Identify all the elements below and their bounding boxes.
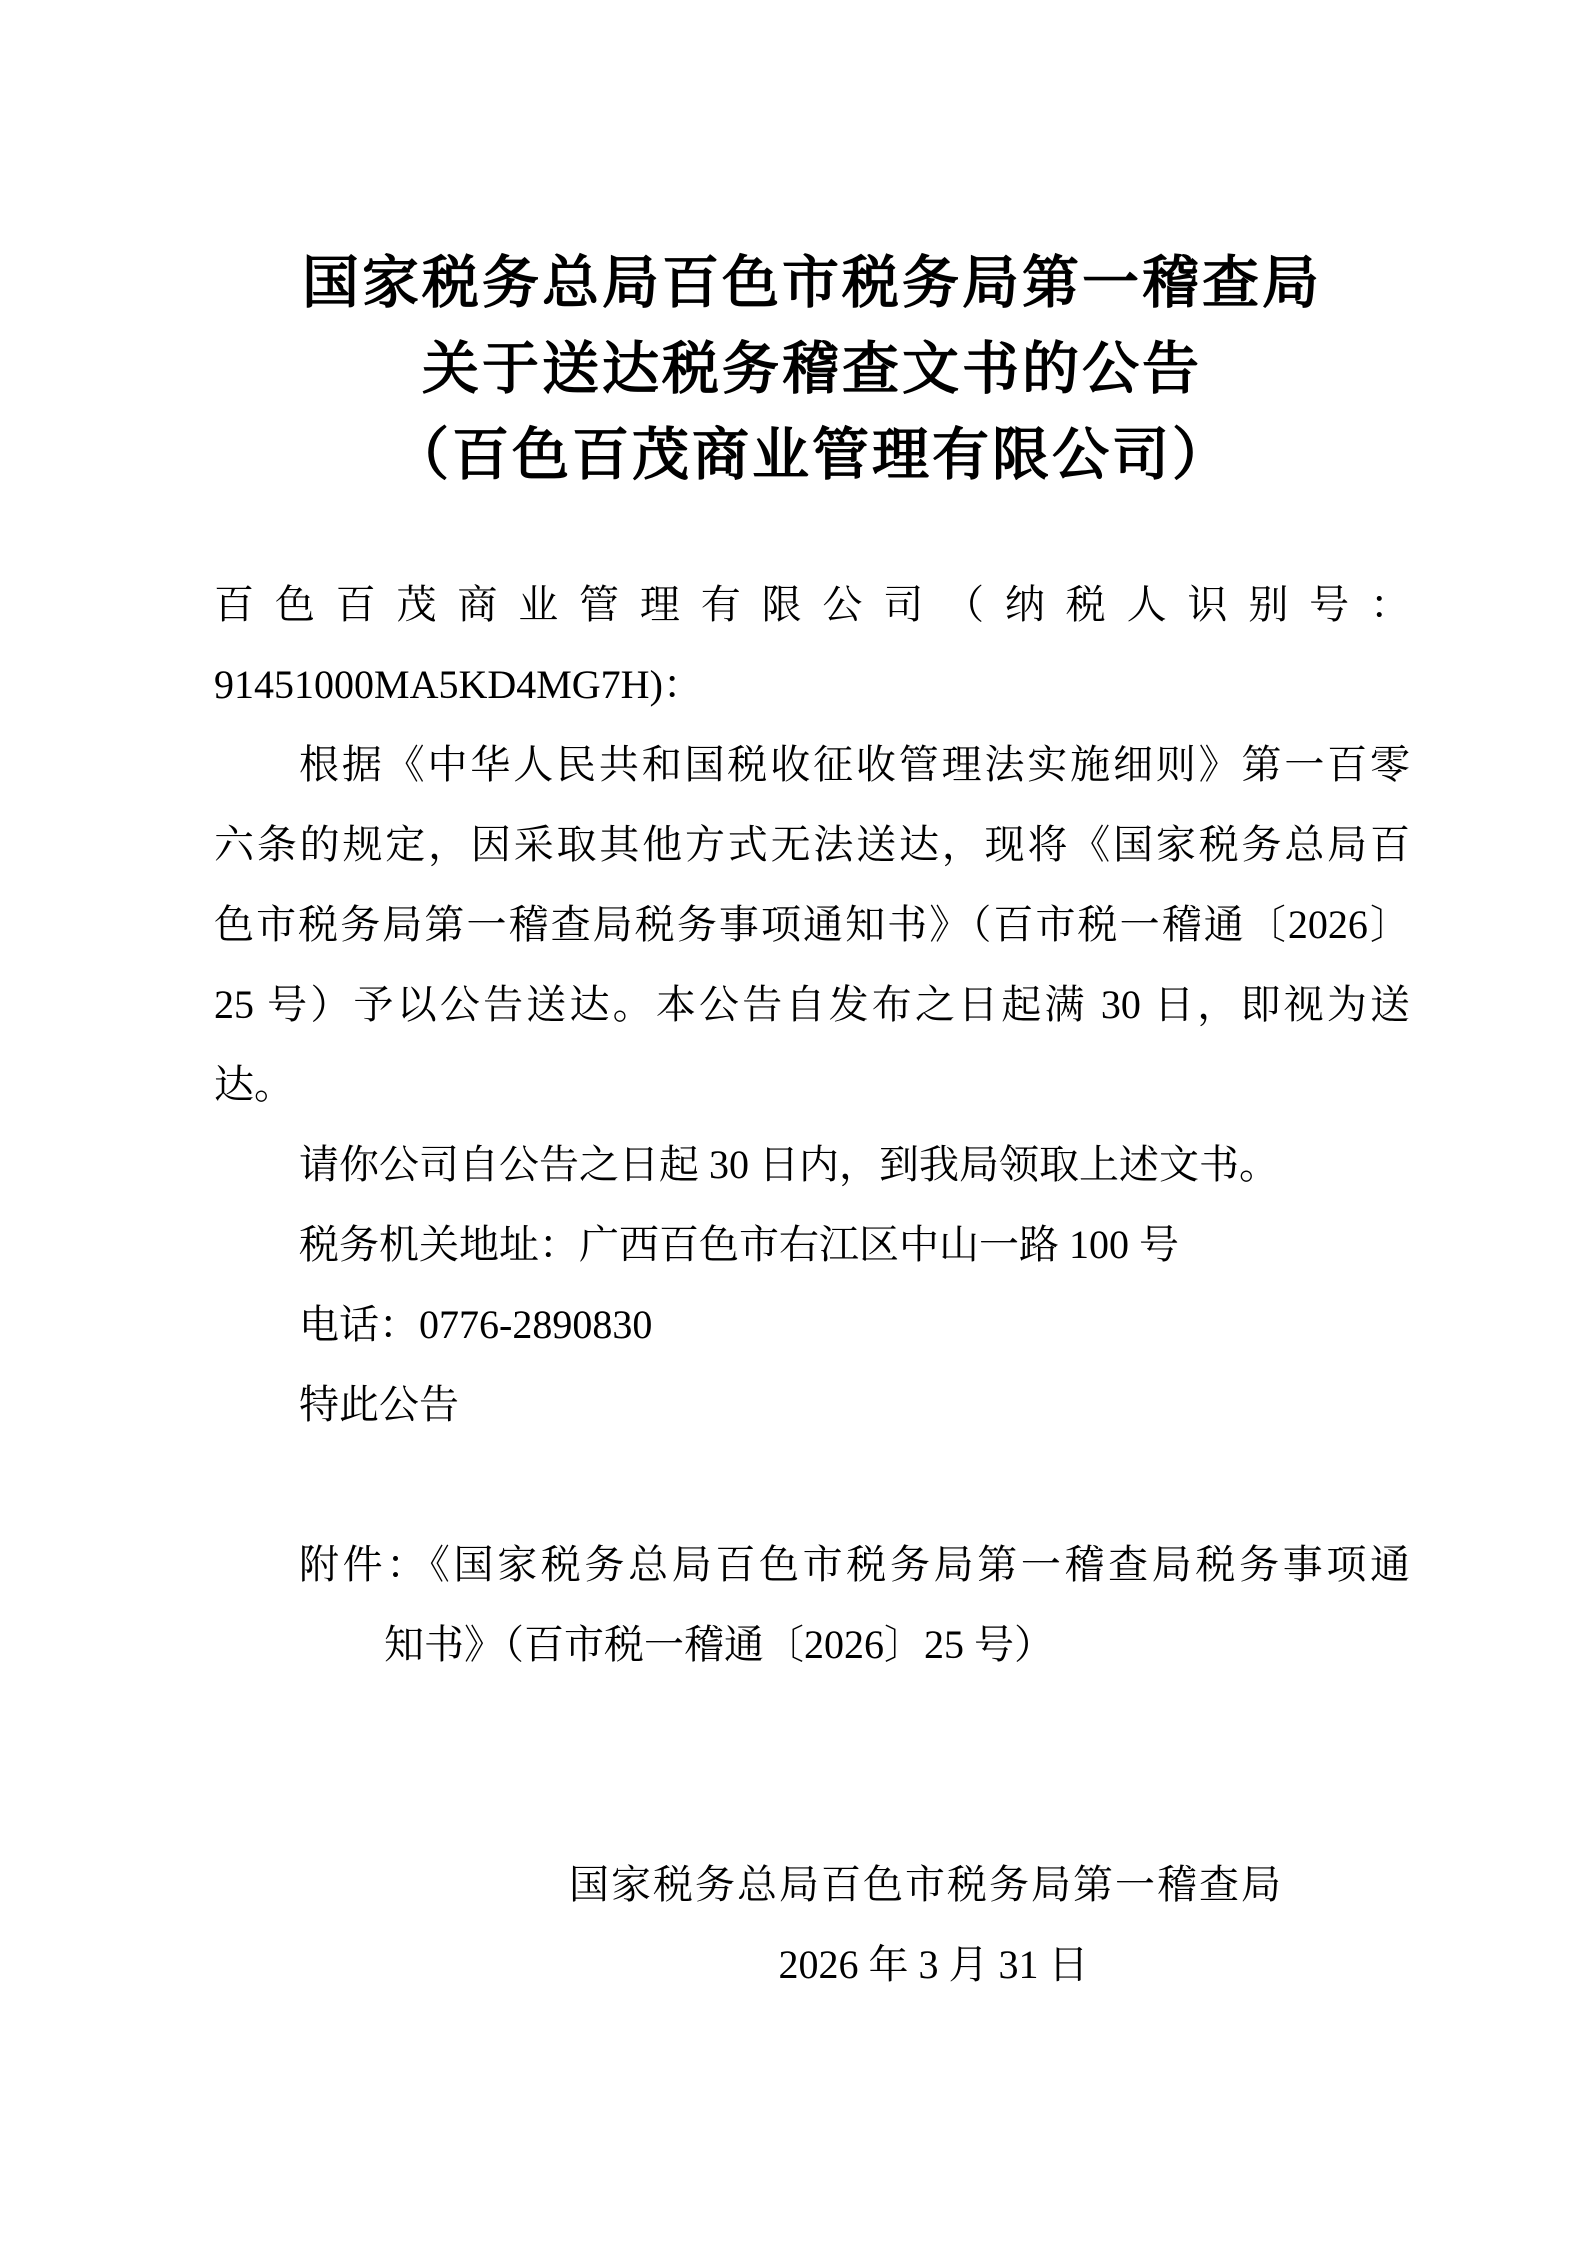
attachment-section: 附件：《国家税务总局百色市税务局第一稽查局税务事项通 知书》（百市税一稽通〔20… bbox=[214, 1525, 1410, 1685]
pickup-instruction-line: 请你公司自公告之日起 30 日内，到我局领取上述文书。 bbox=[214, 1125, 1410, 1205]
issue-date: 2026 年 3 月 31 日 bbox=[0, 1925, 1587, 2005]
main-paragraph-line-1: 根据《中华人民共和国税收征收管理法实施细则》第一百零 bbox=[214, 725, 1410, 805]
main-paragraph-line-3: 色市税务局第一稽查局税务事项通知书》（百市税一稽通〔2026〕 bbox=[214, 885, 1410, 965]
issuing-authority: 国家税务总局百色市税务局第一稽查局 bbox=[0, 1845, 1587, 1925]
main-paragraph-line-2: 六条的规定，因采取其他方式无法送达，现将《国家税务总局百 bbox=[214, 805, 1410, 885]
attachment-line-2: 知书》（百市税一稽通〔2026〕25 号） bbox=[214, 1605, 1410, 1685]
document-title: 国家税务总局百色市税务局第一稽查局 关于送达税务稽查文书的公告 （百色百茂商业管… bbox=[214, 241, 1410, 499]
main-paragraph-line-5: 达。 bbox=[214, 1045, 1410, 1125]
document-body: 百色百茂商业管理有限公司（纳税人识别号： 91451000MA5KD4MG7H)… bbox=[214, 565, 1410, 1445]
main-paragraph-line-4: 25 号）予以公告送达。本公告自发布之日起满 30 日，即视为送 bbox=[214, 965, 1410, 1045]
addressee-line-1: 百色百茂商业管理有限公司（纳税人识别号： bbox=[214, 565, 1410, 645]
addressee-taxpayer-id: 91451000MA5KD4MG7H)： bbox=[214, 645, 1410, 725]
title-line-1: 国家税务总局百色市税务局第一稽查局 bbox=[214, 241, 1410, 327]
phone-line: 电话：0776-2890830 bbox=[214, 1285, 1410, 1365]
tax-office-address-line: 税务机关地址：广西百色市右江区中山一路 100 号 bbox=[214, 1205, 1410, 1285]
title-line-2: 关于送达税务稽查文书的公告 bbox=[214, 327, 1410, 413]
document-page: 国家税务总局百色市税务局第一稽查局 关于送达税务稽查文书的公告 （百色百茂商业管… bbox=[0, 0, 1587, 2245]
title-line-3: （百色百茂商业管理有限公司） bbox=[214, 413, 1410, 499]
hereby-announced-line: 特此公告 bbox=[214, 1365, 1410, 1445]
attachment-line-1: 附件：《国家税务总局百色市税务局第一稽查局税务事项通 bbox=[214, 1525, 1410, 1605]
